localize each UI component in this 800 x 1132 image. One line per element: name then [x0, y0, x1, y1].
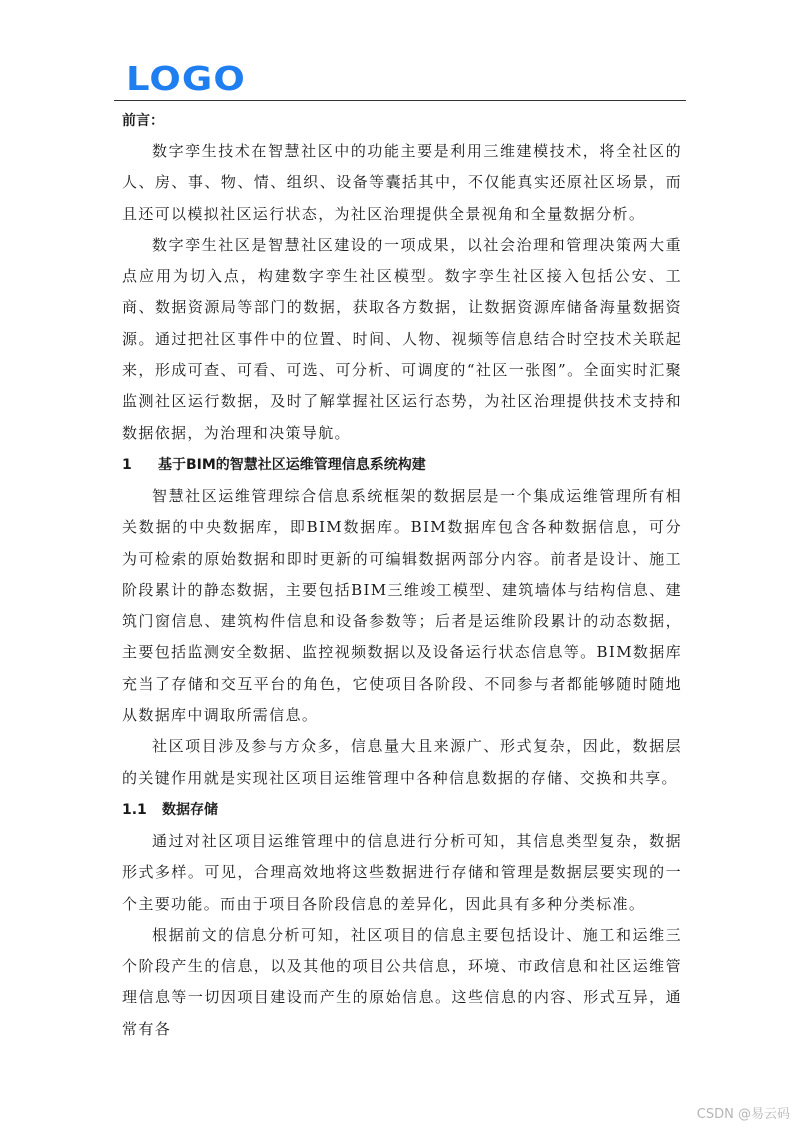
paragraph: 数字孪生社区是智慧社区建设的一项成果，以社会治理和管理决策两大重点应用为切入点，… — [122, 230, 682, 449]
subsection-title: 数据存储 — [162, 802, 218, 818]
paragraph: 社区项目涉及参与方众多，信息量大且来源广、形式复杂，因此，数据层的关键作用就是实… — [122, 731, 682, 794]
subsection-number: 1.1 — [122, 794, 162, 826]
watermark: CSDN @易云码 — [697, 1103, 790, 1122]
section-heading: 1基于BIM的智慧社区运维管理信息系统构建 — [122, 449, 682, 481]
preface-title: 前言： — [122, 106, 682, 136]
logo: LOGO — [126, 62, 246, 96]
paragraph: 通过对社区项目运维管理中的信息进行分析可知，其信息类型复杂，数据形式多样。可见，… — [122, 826, 682, 920]
header-divider — [114, 100, 686, 101]
document-body: 前言： 数字孪生技术在智慧社区中的功能主要是利用三维建模技术，将全社区的人、房、… — [122, 106, 682, 1045]
paragraph: 根据前文的信息分析可知，社区项目的信息主要包括设计、施工和运维三个阶段产生的信息… — [122, 920, 682, 1045]
paragraph: 智慧社区运维管理综合信息系统框架的数据层是一个集成运维管理所有相关数据的中央数据… — [122, 481, 682, 731]
section-title: 基于BIM的智慧社区运维管理信息系统构建 — [158, 457, 426, 473]
section-number: 1 — [122, 449, 158, 481]
subsection-heading: 1.1数据存储 — [122, 794, 682, 826]
paragraph: 数字孪生技术在智慧社区中的功能主要是利用三维建模技术，将全社区的人、房、事、物、… — [122, 136, 682, 230]
